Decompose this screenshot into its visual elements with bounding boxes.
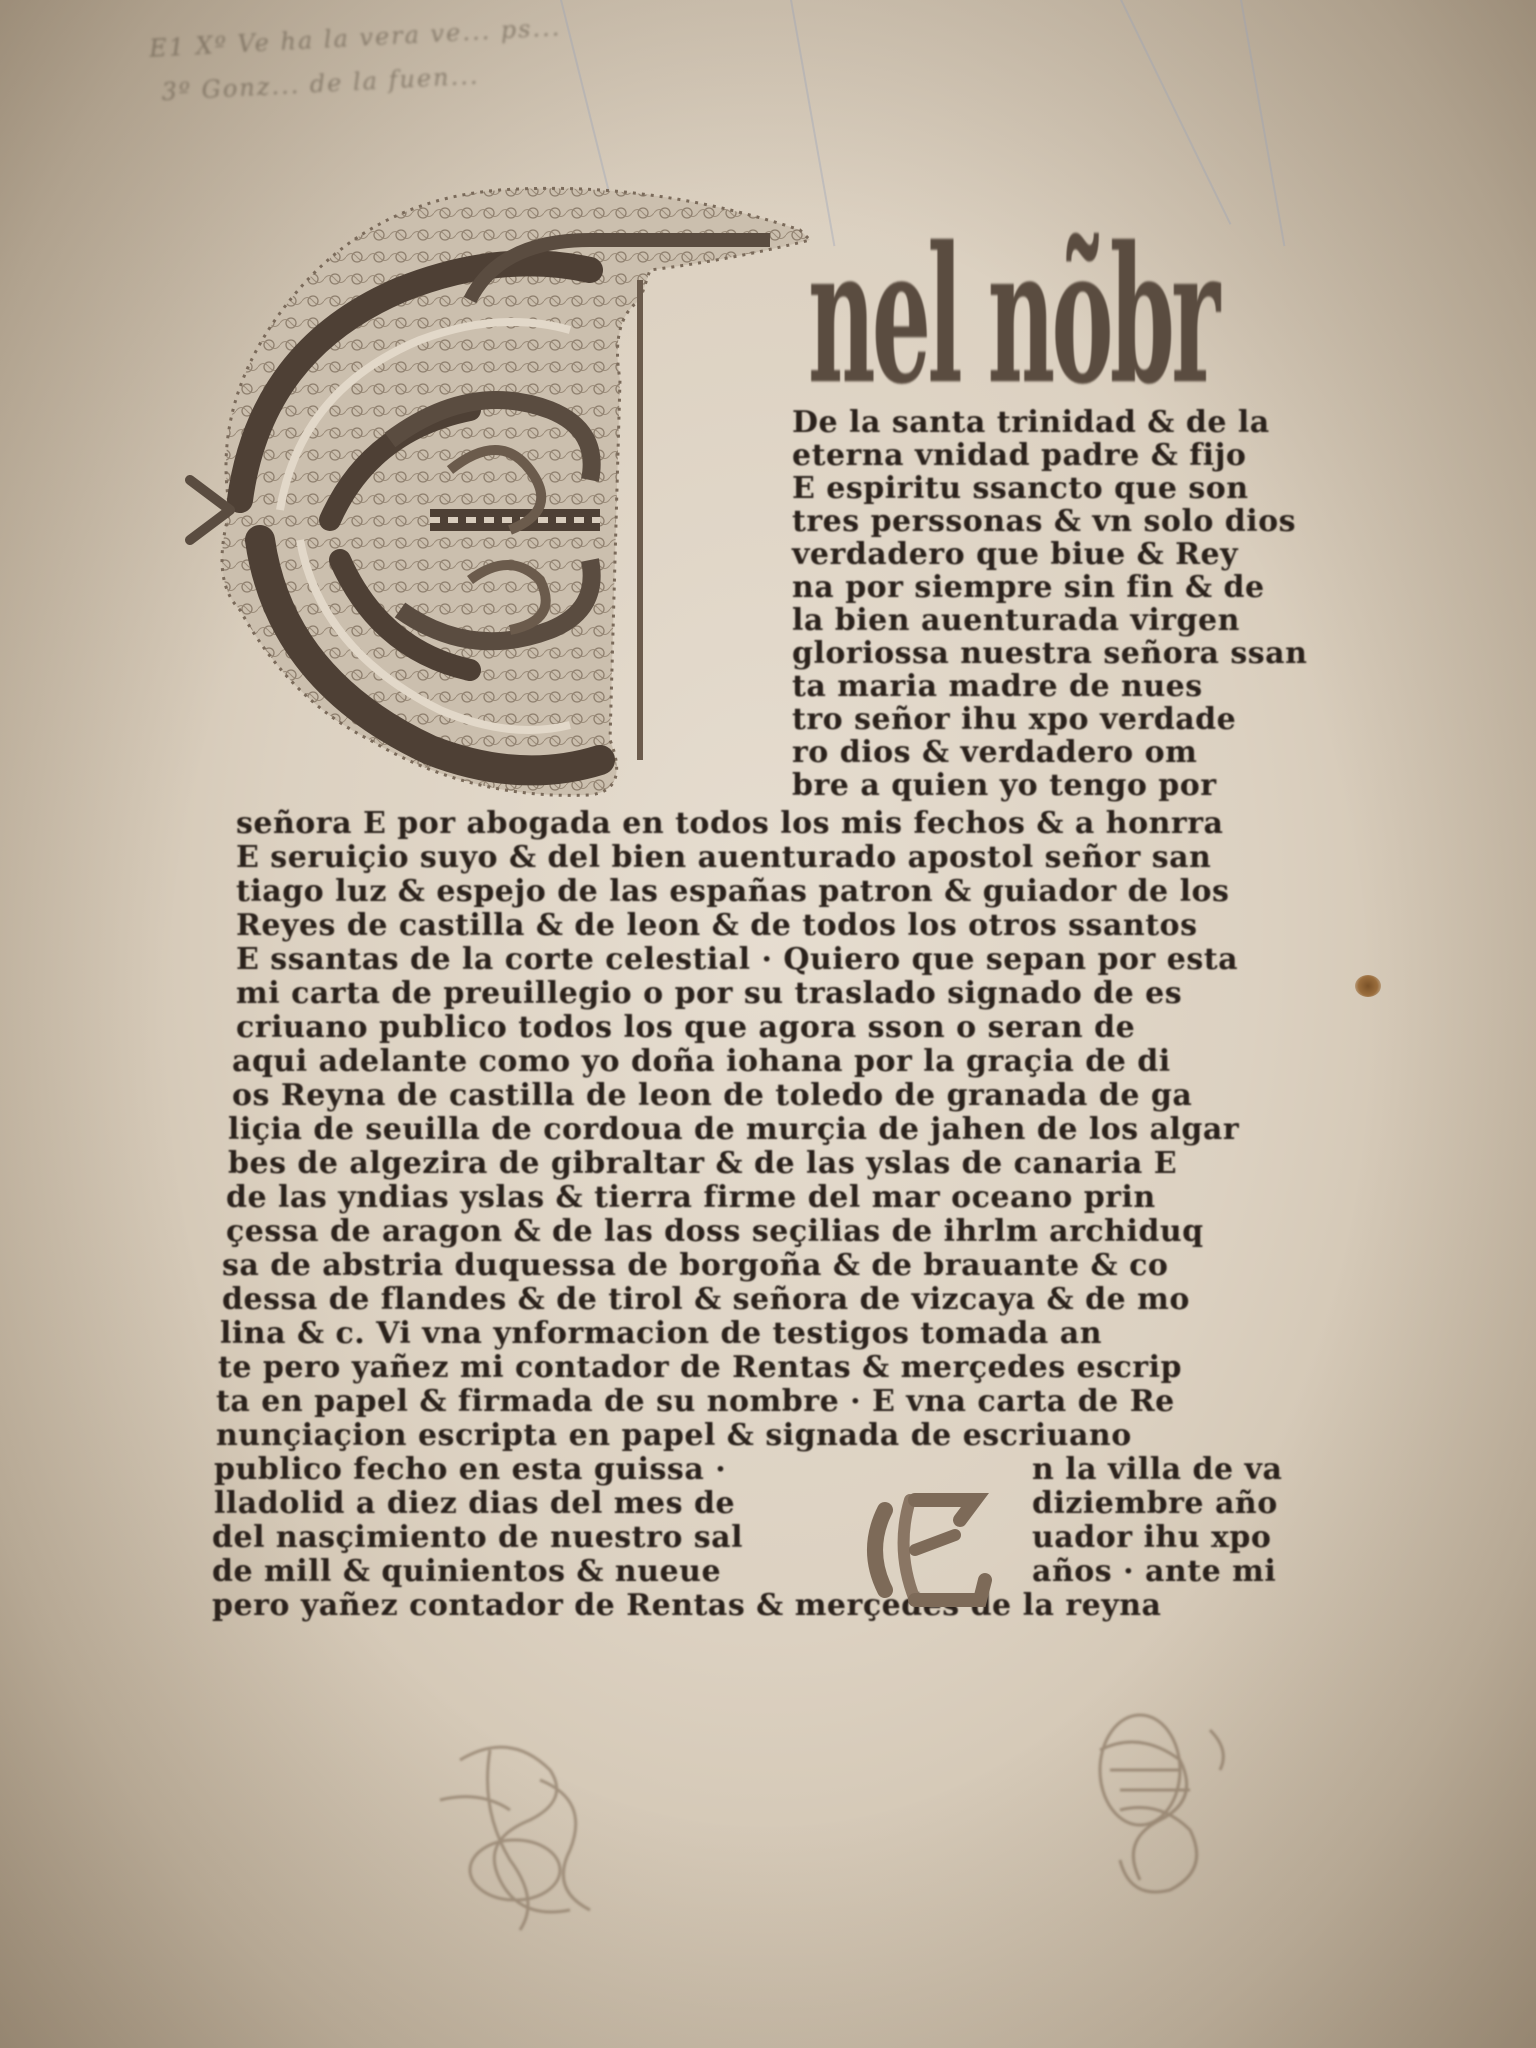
text-line: E seruiçio suyo & del bien auenturado ap… <box>236 840 1211 875</box>
text-line: os Reyna de castilla de leon de toledo d… <box>232 1078 1192 1113</box>
text-line: dessa de flandes & de tirol & señora de … <box>222 1282 1190 1317</box>
text-line: eterna vnidad padre & fijo <box>792 438 1246 473</box>
text-line: tiago luz & espejo de las españas patron… <box>236 874 1229 909</box>
text-line: del nasçimiento de nuestro sal <box>212 1520 743 1555</box>
text-line: E ssantas de la corte celestial · Quiero… <box>236 942 1238 977</box>
text-line: la bien auenturada virgen <box>792 603 1240 638</box>
signature-rubric-left-icon <box>420 1720 640 1940</box>
text-line: pero yañez contador de Rentas & merçedes… <box>212 1588 1161 1623</box>
text-line: sa de abstria duquessa de borgoña & de b… <box>222 1248 1168 1283</box>
text-line: publico fecho en esta guissa · <box>214 1452 726 1487</box>
text-line: de mill & quinientos & nueue <box>212 1554 721 1589</box>
text-line: nunçiaçion escripta en papel & signada d… <box>216 1418 1132 1453</box>
text-line: çessa de aragon & de las doss seçilias d… <box>226 1214 1204 1249</box>
text-line: Reyes de castilla & de leon & de todos l… <box>236 908 1197 943</box>
ink-stain <box>1355 975 1381 997</box>
text-line: te pero yañez mi contador de Rentas & me… <box>218 1350 1182 1385</box>
signature-rubric-right-icon <box>1060 1710 1260 1910</box>
text-line: ta maria madre de nues <box>792 669 1203 704</box>
text-line: años · ante mi <box>1032 1554 1276 1589</box>
text-line: verdadero que biue & Rey <box>792 537 1238 572</box>
text-line: aqui adelante como yo doña iohana por la… <box>232 1044 1171 1079</box>
text-line: gloriossa nuestra señora ssan <box>792 636 1307 671</box>
text-line: criuano publico todos los que agora sson… <box>236 1010 1135 1045</box>
text-line: bes de algezira de gibraltar & de las ys… <box>228 1146 1177 1181</box>
text-line: bre a quien yo tengo por <box>792 768 1217 803</box>
text-line: na por siempre sin fin & de <box>792 570 1265 605</box>
text-line: tro señor ihu xpo verdade <box>792 702 1236 737</box>
text-line: señora E por abogada en todos los mis fe… <box>236 806 1224 841</box>
text-line: liçia de seuilla de cordoua de murçia de… <box>228 1112 1239 1147</box>
text-line: De la santa trinidad & de la <box>792 405 1270 440</box>
text-line: E espiritu ssancto que son <box>792 471 1249 506</box>
marginalia-note: E1 Xº Ve ha la vera ve... ps... 3º Gonz.… <box>148 0 792 115</box>
decorated-initial-e-icon <box>170 180 860 800</box>
text-line: lladolid a diez dias del mes de <box>214 1486 735 1521</box>
text-line: diziembre año <box>1032 1486 1278 1521</box>
text-line: mi carta de preuillegio o por su traslad… <box>236 976 1182 1011</box>
heading-text: nel nõbr <box>808 223 1216 411</box>
text-line: tres perssonas & vn solo dios <box>792 504 1296 539</box>
text-line: uador ihu xpo <box>1032 1520 1271 1555</box>
text-line: lina & c. Vi vna ynformacion de testigos… <box>220 1316 1102 1351</box>
text-line: n la villa de va <box>1032 1452 1282 1487</box>
text-line: ro dios & verdadero om <box>792 735 1197 770</box>
text-line: ta en papel & firmada de su nombre · E v… <box>216 1384 1175 1419</box>
text-line: de las yndias yslas & tierra firme del m… <box>226 1180 1156 1215</box>
heading-in-the-name: nel nõbr <box>808 140 1278 410</box>
small-initial-e-icon <box>855 1480 995 1620</box>
